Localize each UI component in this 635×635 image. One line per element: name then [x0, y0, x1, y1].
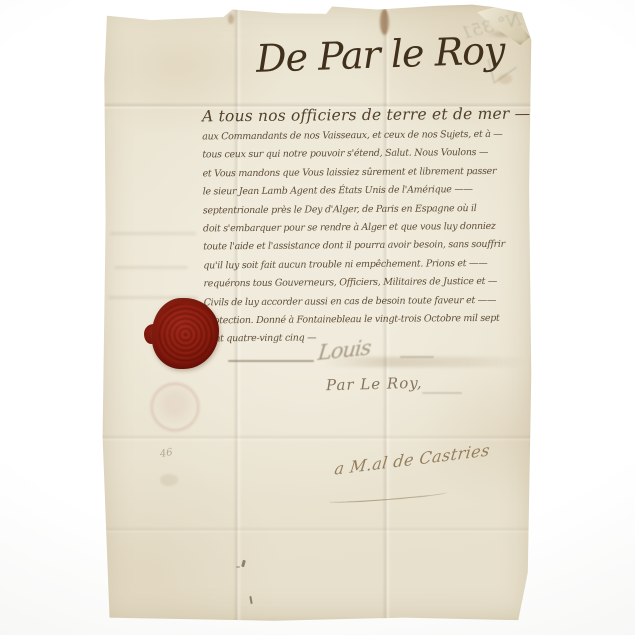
ink-speck: [249, 596, 252, 604]
edge-stain: [228, 14, 234, 24]
showthrough-line: [110, 232, 196, 235]
body-line: A tous nos officiers de terre et de mer …: [202, 102, 528, 129]
ink-flourish: [228, 360, 314, 362]
countersign-par-le-roy: Par Le Roy,: [326, 374, 423, 395]
photograph-of-manuscript: N° 351 De Par le Roy A tous nos officier…: [0, 0, 635, 635]
horizontal-fold-crease: [100, 434, 533, 442]
showthrough-line: [108, 296, 198, 299]
ink-speck: [236, 566, 240, 568]
horizontal-fold-crease: [100, 526, 533, 534]
red-wax-seal: [152, 298, 219, 369]
manuscript-paper: N° 351 De Par le Roy A tous nos officier…: [100, 4, 533, 622]
manuscript-body: A tous nos officiers de terre et de mer …: [202, 102, 530, 350]
pencil-mark: 46: [159, 447, 173, 460]
fold-stain: [324, 357, 530, 367]
showthrough-line: [114, 266, 188, 269]
foxing-spot: [160, 474, 178, 486]
ink-flourish: [422, 392, 462, 394]
ink-speck: [241, 560, 246, 568]
docket-inscription: a M.al de Castries: [333, 440, 491, 479]
edge-stain: [380, 9, 389, 35]
faint-stamp-impression: [146, 380, 204, 434]
foxing-spot: [498, 74, 512, 84]
